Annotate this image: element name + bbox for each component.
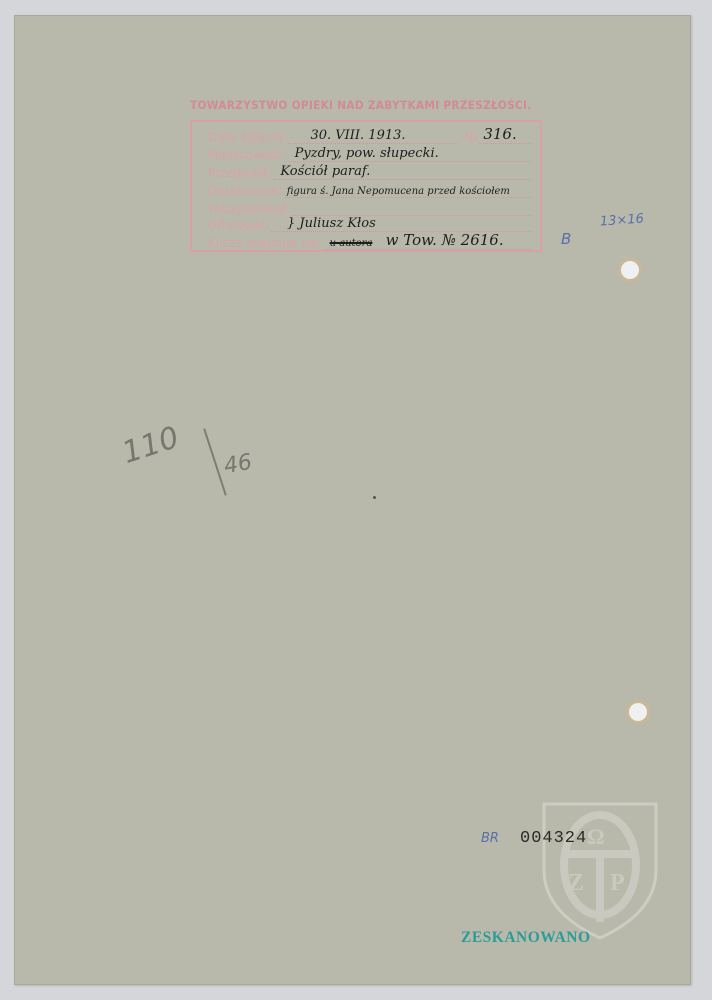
svg-text:P: P	[610, 870, 625, 896]
field-label: Przedmiot:	[208, 166, 272, 180]
paper-speck	[373, 496, 376, 499]
field-value: figura ś. Jana Nepomucena przed kościołe…	[287, 186, 510, 197]
field-label: Ofiarował:	[208, 218, 269, 232]
field-date: Data zdjęcia: 30. VIII. 1913. № 316.	[208, 126, 532, 144]
inventory-number: 004324	[520, 829, 587, 848]
inventory-prefix: BR	[481, 831, 499, 846]
struck-text: u autora	[330, 238, 373, 249]
field-label: Miejscowość:	[208, 148, 287, 162]
scanned-stamp: ZESKANOWANO	[461, 929, 591, 947]
field-value: 30. VIII. 1913.	[310, 128, 405, 143]
ozp-shield-watermark-icon: Ω Z P	[540, 800, 660, 940]
field-subject: Przedmiot: Kościół paraf.	[208, 162, 532, 180]
society-stamp-header: TOWARZYSTWO OPIEKI NAD ZABYTKAMI PRZESZŁ…	[190, 98, 521, 112]
catalog-stamp-box: Data zdjęcia: 30. VIII. 1913. № 316. Mie…	[190, 120, 542, 252]
photo-number: 316.	[483, 125, 516, 143]
field-value: Kościół paraf.	[280, 164, 370, 179]
field-value: } Juliusz Kłos	[287, 216, 376, 231]
field-label: Objaśnienie:	[208, 184, 283, 198]
pencil-note-right: 46	[222, 450, 254, 479]
punch-hole-bottom	[629, 703, 647, 721]
svg-text:Ω: Ω	[587, 824, 605, 849]
punch-hole-top	[621, 261, 639, 279]
size-annotation: 13×16	[600, 211, 645, 229]
svg-text:Z: Z	[568, 870, 584, 896]
field-negative-location: Klisza znajduje się: u autora w Tow. № 2…	[208, 232, 532, 250]
field-description: Objaśnienie: figura ś. Jana Nepomucena p…	[208, 180, 532, 198]
blue-letter-annotation: B	[561, 230, 571, 248]
field-value: w Tow. № 2616.	[386, 231, 504, 249]
field-label: Data zdjęcia:	[208, 130, 286, 144]
number-label: №	[464, 130, 477, 144]
field-location: Miejscowość: Pyzdry, pow. słupecki.	[208, 144, 532, 162]
field-label: Klisza znajduje się:	[208, 236, 322, 250]
field-donor: Ofiarował: } Juliusz Kłos	[208, 214, 532, 232]
field-value: Pyzdry, pow. słupecki.	[295, 146, 439, 161]
